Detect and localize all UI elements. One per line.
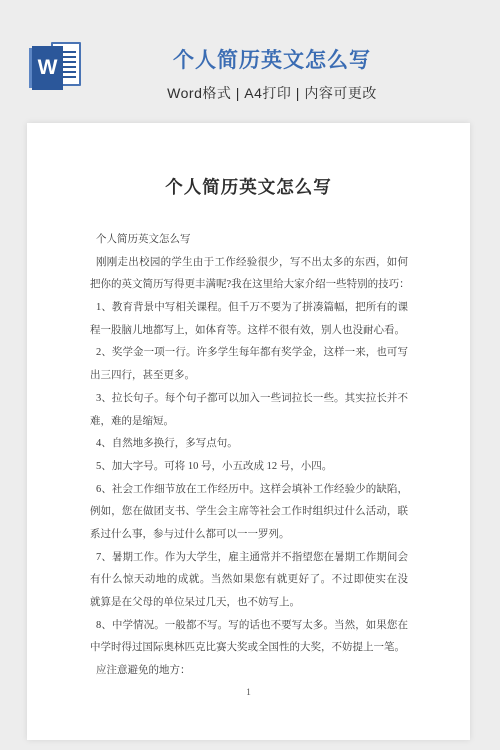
document-line: 1、教育背景中写相关课程。但千万不要为了拼凑篇幅，把所有的课 [90, 297, 408, 320]
document-line: 就算是在父母的单位呆过几天，也不妨写上。 [90, 592, 408, 615]
document-line: 出三四行，甚至更多。 [90, 365, 408, 388]
document-line: 刚刚走出校园的学生由于工作经验很少，写不出太多的东西，如何 [90, 252, 408, 275]
document-line: 应注意避免的地方： [90, 660, 408, 683]
document-line: 有什么惊天动地的成就。当然如果您有就更好了。不过即使实在没有， [90, 569, 408, 592]
header: W 个人简历英文怎么写 Word格式 | A4打印 | 内容可更改 [0, 0, 500, 123]
document-preview-page[interactable]: 个人简历英文怎么写 个人简历英文怎么写刚刚走出校园的学生由于工作经验很少，写不出… [27, 123, 470, 740]
document-link-title[interactable]: 个人简历英文怎么写 [44, 44, 500, 74]
document-meta: Word格式 | A4打印 | 内容可更改 [44, 83, 500, 103]
document-line: 7、暑期工作。作为大学生，雇主通常并不指望您在暑期工作期间会 [90, 547, 408, 570]
document-line: 难，难的是缩短。 [90, 411, 408, 434]
document-line: 中学时得过国际奥林匹克比赛大奖或全国性的大奖，不妨提上一笔。 [90, 637, 408, 660]
document-line: 2、奖学金一项一行。许多学生每年都有奖学金，这样一来，也可写 [90, 342, 408, 365]
page-canvas: { "header": { "icon": { "name": "word-ic… [0, 0, 500, 750]
document-line: 4、自然地多换行，多写点句。 [90, 433, 408, 456]
document-line: 把你的英文简历写得更丰满呢?我在这里给大家介绍一些特别的技巧： [90, 274, 408, 297]
page-number: 1 [27, 688, 470, 698]
document-line: 3、拉长句子。每个句子都可以加入一些词拉长一些。其实拉长并不 [90, 388, 408, 411]
document-line: 程一股脑儿地都写上，如体育等。这样不很有效，别人也没耐心看。 [90, 320, 408, 343]
document-line: 例如，您在做团支书、学生会主席等社会工作时组织过什么活动，联 [90, 501, 408, 524]
document-body: 个人简历英文怎么写刚刚走出校园的学生由于工作经验很少，写不出太多的东西，如何把你… [90, 229, 408, 683]
document-line: 6、社会工作细节放在工作经历中。这样会填补工作经验少的缺陷， [90, 479, 408, 502]
document-line: 系过什么事，参与过什么都可以一一罗列。 [90, 524, 408, 547]
document-line: 个人简历英文怎么写 [90, 229, 408, 252]
header-text: 个人简历英文怎么写 Word格式 | A4打印 | 内容可更改 [0, 44, 500, 103]
document-title: 个人简历英文怎么写 [27, 123, 470, 199]
document-line: 5、加大字号。可将 10 号，小五改成 12 号，小四。 [90, 456, 408, 479]
document-line: 8、中学情况。一般都不写。写的话也不要写太多。当然，如果您在 [90, 615, 408, 638]
